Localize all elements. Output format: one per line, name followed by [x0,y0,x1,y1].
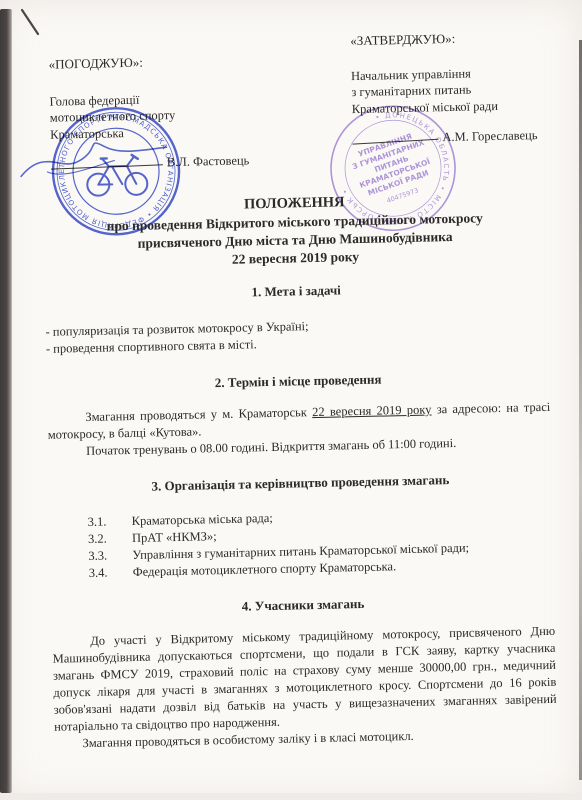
section-2-heading: 2. Термін і місце проведення [47,367,550,395]
participants-paragraph: До участі у Відкритому міському традицій… [52,623,557,736]
document-text: ПОЛОЖЕННЯ про проведення Відкритого місь… [43,189,558,753]
signature-scrawl [16,125,197,189]
item-number: 3.1. [87,513,131,531]
venue-text-before: Змагання проводяться у м. Краматорськ [47,405,312,425]
item-text: Федерація мотоциклетного спорту Краматор… [133,559,397,579]
item-text: Краматорська міська рада; [132,511,273,528]
item-number: 3.2. [88,530,132,548]
document-title: ПОЛОЖЕННЯ про проведення Відкритого місь… [43,189,547,273]
scanned-document-page: «ПОГОДЖУЮ»: Голова федерації мотоциклетн… [0,0,582,800]
item-number: 3.4. [89,564,133,582]
item-number: 3.3. [88,547,132,565]
section-3-heading: 3. Організація та керівництво проведення… [49,469,552,497]
document-content: «ПОГОДЖУЮ»: Голова федерації мотоциклетн… [0,0,582,800]
participants-text: До участі у Відкритому міському традицій… [52,624,557,734]
agree-label: «ПОГОДЖУЮ»: [49,52,264,73]
approve-label: «ЗАТВЕРДЖУЮ»: [350,28,565,49]
section-4-heading: 4. Учасники змагань [51,591,554,619]
event-date-underlined: 22 вересня 2019 року [312,402,432,419]
item-text: ПрАТ «НКМЗ»; [132,529,217,545]
section-1-heading: 1. Мета і задачі [45,277,548,305]
